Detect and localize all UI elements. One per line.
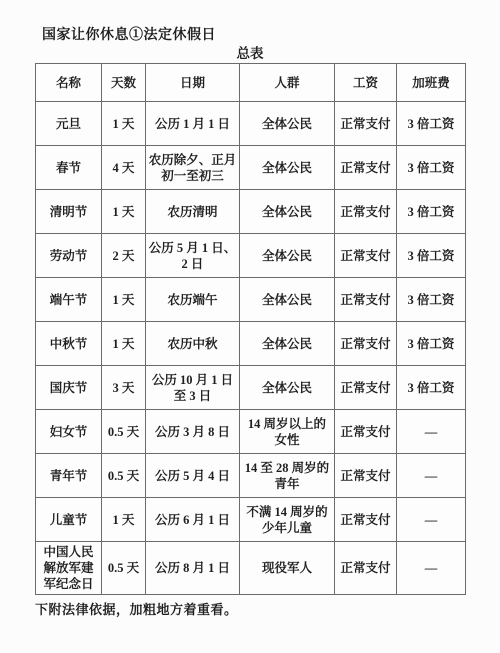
- table-cell: 国庆节: [36, 366, 102, 410]
- table-cell: 正常支付: [335, 454, 397, 498]
- table-cell: 公历 5 月 4 日: [146, 454, 240, 498]
- table-row: 清明节1 天农历清明全体公民正常支付3 倍工资: [36, 190, 466, 234]
- table-cell: 全体公民: [240, 146, 335, 190]
- table-cell: 劳动节: [36, 234, 102, 278]
- table-cell: 全体公民: [240, 234, 335, 278]
- table-row: 春节4 天农历除夕、正月初一至初三全体公民正常支付3 倍工资: [36, 146, 466, 190]
- table-cell: 1 天: [102, 190, 146, 234]
- table-cell: 农历除夕、正月初一至初三: [146, 146, 240, 190]
- table-cell: 农历清明: [146, 190, 240, 234]
- table-cell: 1 天: [102, 278, 146, 322]
- table-row: 妇女节0.5 天公历 3 月 8 日14 周岁以上的女性正常支付—: [36, 410, 466, 454]
- table-cell: 0.5 天: [102, 454, 146, 498]
- table-cell: 中秋节: [36, 322, 102, 366]
- document-page: 国家让你休息①法定休假日 总表 名称 天数 日期 人群 工资 加班费 元旦1 天…: [0, 0, 500, 653]
- table-cell: 正常支付: [335, 410, 397, 454]
- table-cell: 公历 3 月 8 日: [146, 410, 240, 454]
- table-cell: 青年节: [36, 454, 102, 498]
- column-header-people: 人群: [240, 64, 335, 102]
- table-row: 国庆节3 天公历 10 月 1 日至 3 日全体公民正常支付3 倍工资: [36, 366, 466, 410]
- table-cell: 儿童节: [36, 498, 102, 542]
- table-cell: 0.5 天: [102, 542, 146, 595]
- table-cell: 1 天: [102, 322, 146, 366]
- table-cell: 1 天: [102, 498, 146, 542]
- table-cell: 现役军人: [240, 542, 335, 595]
- table-row: 劳动节2 天公历 5 月 1 日、2 日全体公民正常支付3 倍工资: [36, 234, 466, 278]
- table-cell: 3 倍工资: [397, 190, 466, 234]
- table-cell: 元旦: [36, 102, 102, 146]
- table-cell: 正常支付: [335, 234, 397, 278]
- table-cell: 农历中秋: [146, 322, 240, 366]
- table-cell: 0.5 天: [102, 410, 146, 454]
- table-cell: 正常支付: [335, 190, 397, 234]
- column-header-pay: 工资: [335, 64, 397, 102]
- column-header-name: 名称: [36, 64, 102, 102]
- table-cell: 公历 5 月 1 日、2 日: [146, 234, 240, 278]
- table-cell: 正常支付: [335, 102, 397, 146]
- table-cell: 正常支付: [335, 278, 397, 322]
- table-cell: 公历 8 月 1 日: [146, 542, 240, 595]
- table-cell: 全体公民: [240, 278, 335, 322]
- table-cell: 3 倍工资: [397, 366, 466, 410]
- table-cell: 清明节: [36, 190, 102, 234]
- page-title: 国家让你休息①法定休假日: [42, 27, 465, 44]
- table-cell: 农历端午: [146, 278, 240, 322]
- table-cell: 14 周岁以上的女性: [240, 410, 335, 454]
- table-cell: 全体公民: [240, 322, 335, 366]
- column-header-days: 天数: [102, 64, 146, 102]
- table-cell: 3 天: [102, 366, 146, 410]
- table-cell: 正常支付: [335, 322, 397, 366]
- table-cell: —: [397, 410, 466, 454]
- table-cell: 3 倍工资: [397, 278, 466, 322]
- table-cell: —: [397, 498, 466, 542]
- column-header-overtime: 加班费: [397, 64, 466, 102]
- table-cell: 4 天: [102, 146, 146, 190]
- table-caption: 总表: [35, 46, 465, 62]
- table-cell: 2 天: [102, 234, 146, 278]
- table-cell: 1 天: [102, 102, 146, 146]
- table-cell: 正常支付: [335, 542, 397, 595]
- table-cell: 3 倍工资: [397, 102, 466, 146]
- table-cell: 14 至 28 周岁的青年: [240, 454, 335, 498]
- table-cell: 妇女节: [36, 410, 102, 454]
- table-row: 中秋节1 天农历中秋全体公民正常支付3 倍工资: [36, 322, 466, 366]
- table-cell: 全体公民: [240, 366, 335, 410]
- table-cell: 3 倍工资: [397, 146, 466, 190]
- table-cell: 中国人民解放军建军纪念日: [36, 542, 102, 595]
- table-cell: 3 倍工资: [397, 322, 466, 366]
- table-cell: 正常支付: [335, 498, 397, 542]
- table-cell: 公历 10 月 1 日至 3 日: [146, 366, 240, 410]
- table-cell: 正常支付: [335, 146, 397, 190]
- column-header-date: 日期: [146, 64, 240, 102]
- table-row: 元旦1 天公历 1 月 1 日全体公民正常支付3 倍工资: [36, 102, 466, 146]
- table-row: 端午节1 天农历端午全体公民正常支付3 倍工资: [36, 278, 466, 322]
- table-cell: 公历 1 月 1 日: [146, 102, 240, 146]
- table-cell: 3 倍工资: [397, 234, 466, 278]
- header-row: 名称 天数 日期 人群 工资 加班费: [36, 64, 466, 102]
- table-row: 青年节0.5 天公历 5 月 4 日14 至 28 周岁的青年正常支付—: [36, 454, 466, 498]
- table-cell: 全体公民: [240, 190, 335, 234]
- table-cell: 端午节: [36, 278, 102, 322]
- table-row: 儿童节1 天公历 6 月 1 日不满 14 周岁的少年儿童正常支付—: [36, 498, 466, 542]
- table-cell: —: [397, 454, 466, 498]
- table-cell: 正常支付: [335, 366, 397, 410]
- table-cell: 不满 14 周岁的少年儿童: [240, 498, 335, 542]
- table-header: 名称 天数 日期 人群 工资 加班费: [36, 64, 466, 102]
- table-cell: 全体公民: [240, 102, 335, 146]
- table-cell: 春节: [36, 146, 102, 190]
- holidays-table: 名称 天数 日期 人群 工资 加班费 元旦1 天公历 1 月 1 日全体公民正常…: [35, 63, 466, 595]
- table-cell: 公历 6 月 1 日: [146, 498, 240, 542]
- footer-note: 下附法律依据，加粗地方着重看。: [35, 599, 465, 618]
- table-row: 中国人民解放军建军纪念日0.5 天公历 8 月 1 日现役军人正常支付—: [36, 542, 466, 595]
- table-cell: —: [397, 542, 466, 595]
- table-body: 元旦1 天公历 1 月 1 日全体公民正常支付3 倍工资春节4 天农历除夕、正月…: [36, 102, 466, 595]
